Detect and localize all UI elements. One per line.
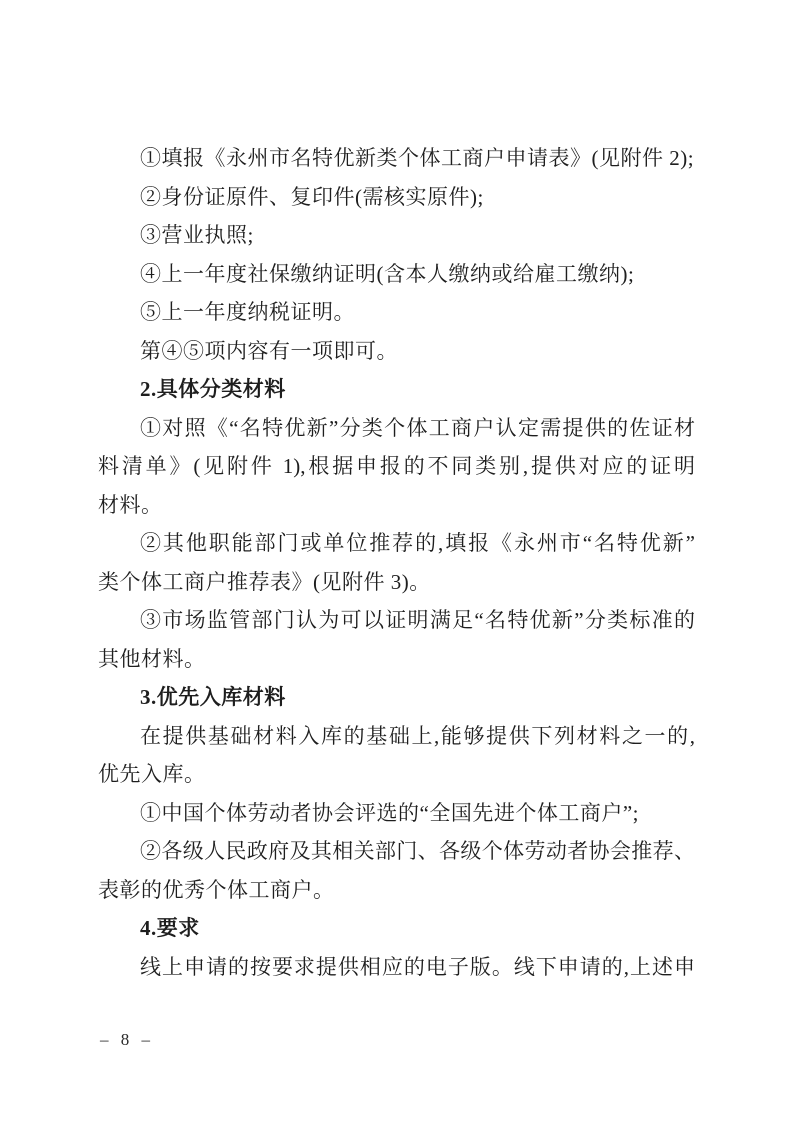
body-text-line: 第④⑤项内容有一项即可。: [98, 332, 695, 371]
body-text-line: ②身份证原件、复印件(需核实原件);: [98, 178, 695, 217]
body-text-line: 表彰的优秀个体工商户。: [98, 871, 695, 910]
body-text-line: ④上一年度社保缴纳证明(含本人缴纳或给雇工缴纳);: [98, 255, 695, 294]
body-text-line: 类个体工商户推荐表》(见附件 3)。: [98, 563, 695, 602]
body-text-line: ①中国个体劳动者协会评选的“全国先进个体工商户”;: [98, 794, 695, 833]
body-text-line: 线上申请的按要求提供相应的电子版。线下申请的,上述申: [98, 948, 695, 987]
section-heading: 3.优先入库材料: [98, 678, 695, 717]
body-text-line: ①填报《永州市名特优新类个体工商户申请表》(见附件 2);: [98, 139, 695, 178]
body-text-line: ③营业执照;: [98, 216, 695, 255]
body-text-line: 材料。: [98, 486, 695, 525]
body-text-line: 其他材料。: [98, 640, 695, 679]
body-text-line: ①对照《“名特优新”分类个体工商户认定需提供的佐证材: [98, 409, 695, 448]
document-page: ①填报《永州市名特优新类个体工商户申请表》(见附件 2); ②身份证原件、复印件…: [0, 0, 792, 1121]
page-number: – 8 –: [100, 1030, 154, 1050]
body-text-line: ②各级人民政府及其相关部门、各级个体劳动者协会推荐、: [98, 832, 695, 871]
section-heading: 4.要求: [98, 909, 695, 948]
body-text-line: 在提供基础材料入库的基础上,能够提供下列材料之一的,: [98, 717, 695, 756]
body-text-line: ③市场监管部门认为可以证明满足“名特优新”分类标准的: [98, 601, 695, 640]
body-text-line: 料清单》(见附件 1),根据申报的不同类别,提供对应的证明: [98, 447, 695, 486]
body-text-line: ②其他职能部门或单位推荐的,填报《永州市“名特优新”: [98, 524, 695, 563]
section-heading: 2.具体分类材料: [98, 370, 695, 409]
body-text-line: ⑤上一年度纳税证明。: [98, 293, 695, 332]
document-body: ①填报《永州市名特优新类个体工商户申请表》(见附件 2); ②身份证原件、复印件…: [98, 139, 695, 986]
body-text-line: 优先入库。: [98, 755, 695, 794]
